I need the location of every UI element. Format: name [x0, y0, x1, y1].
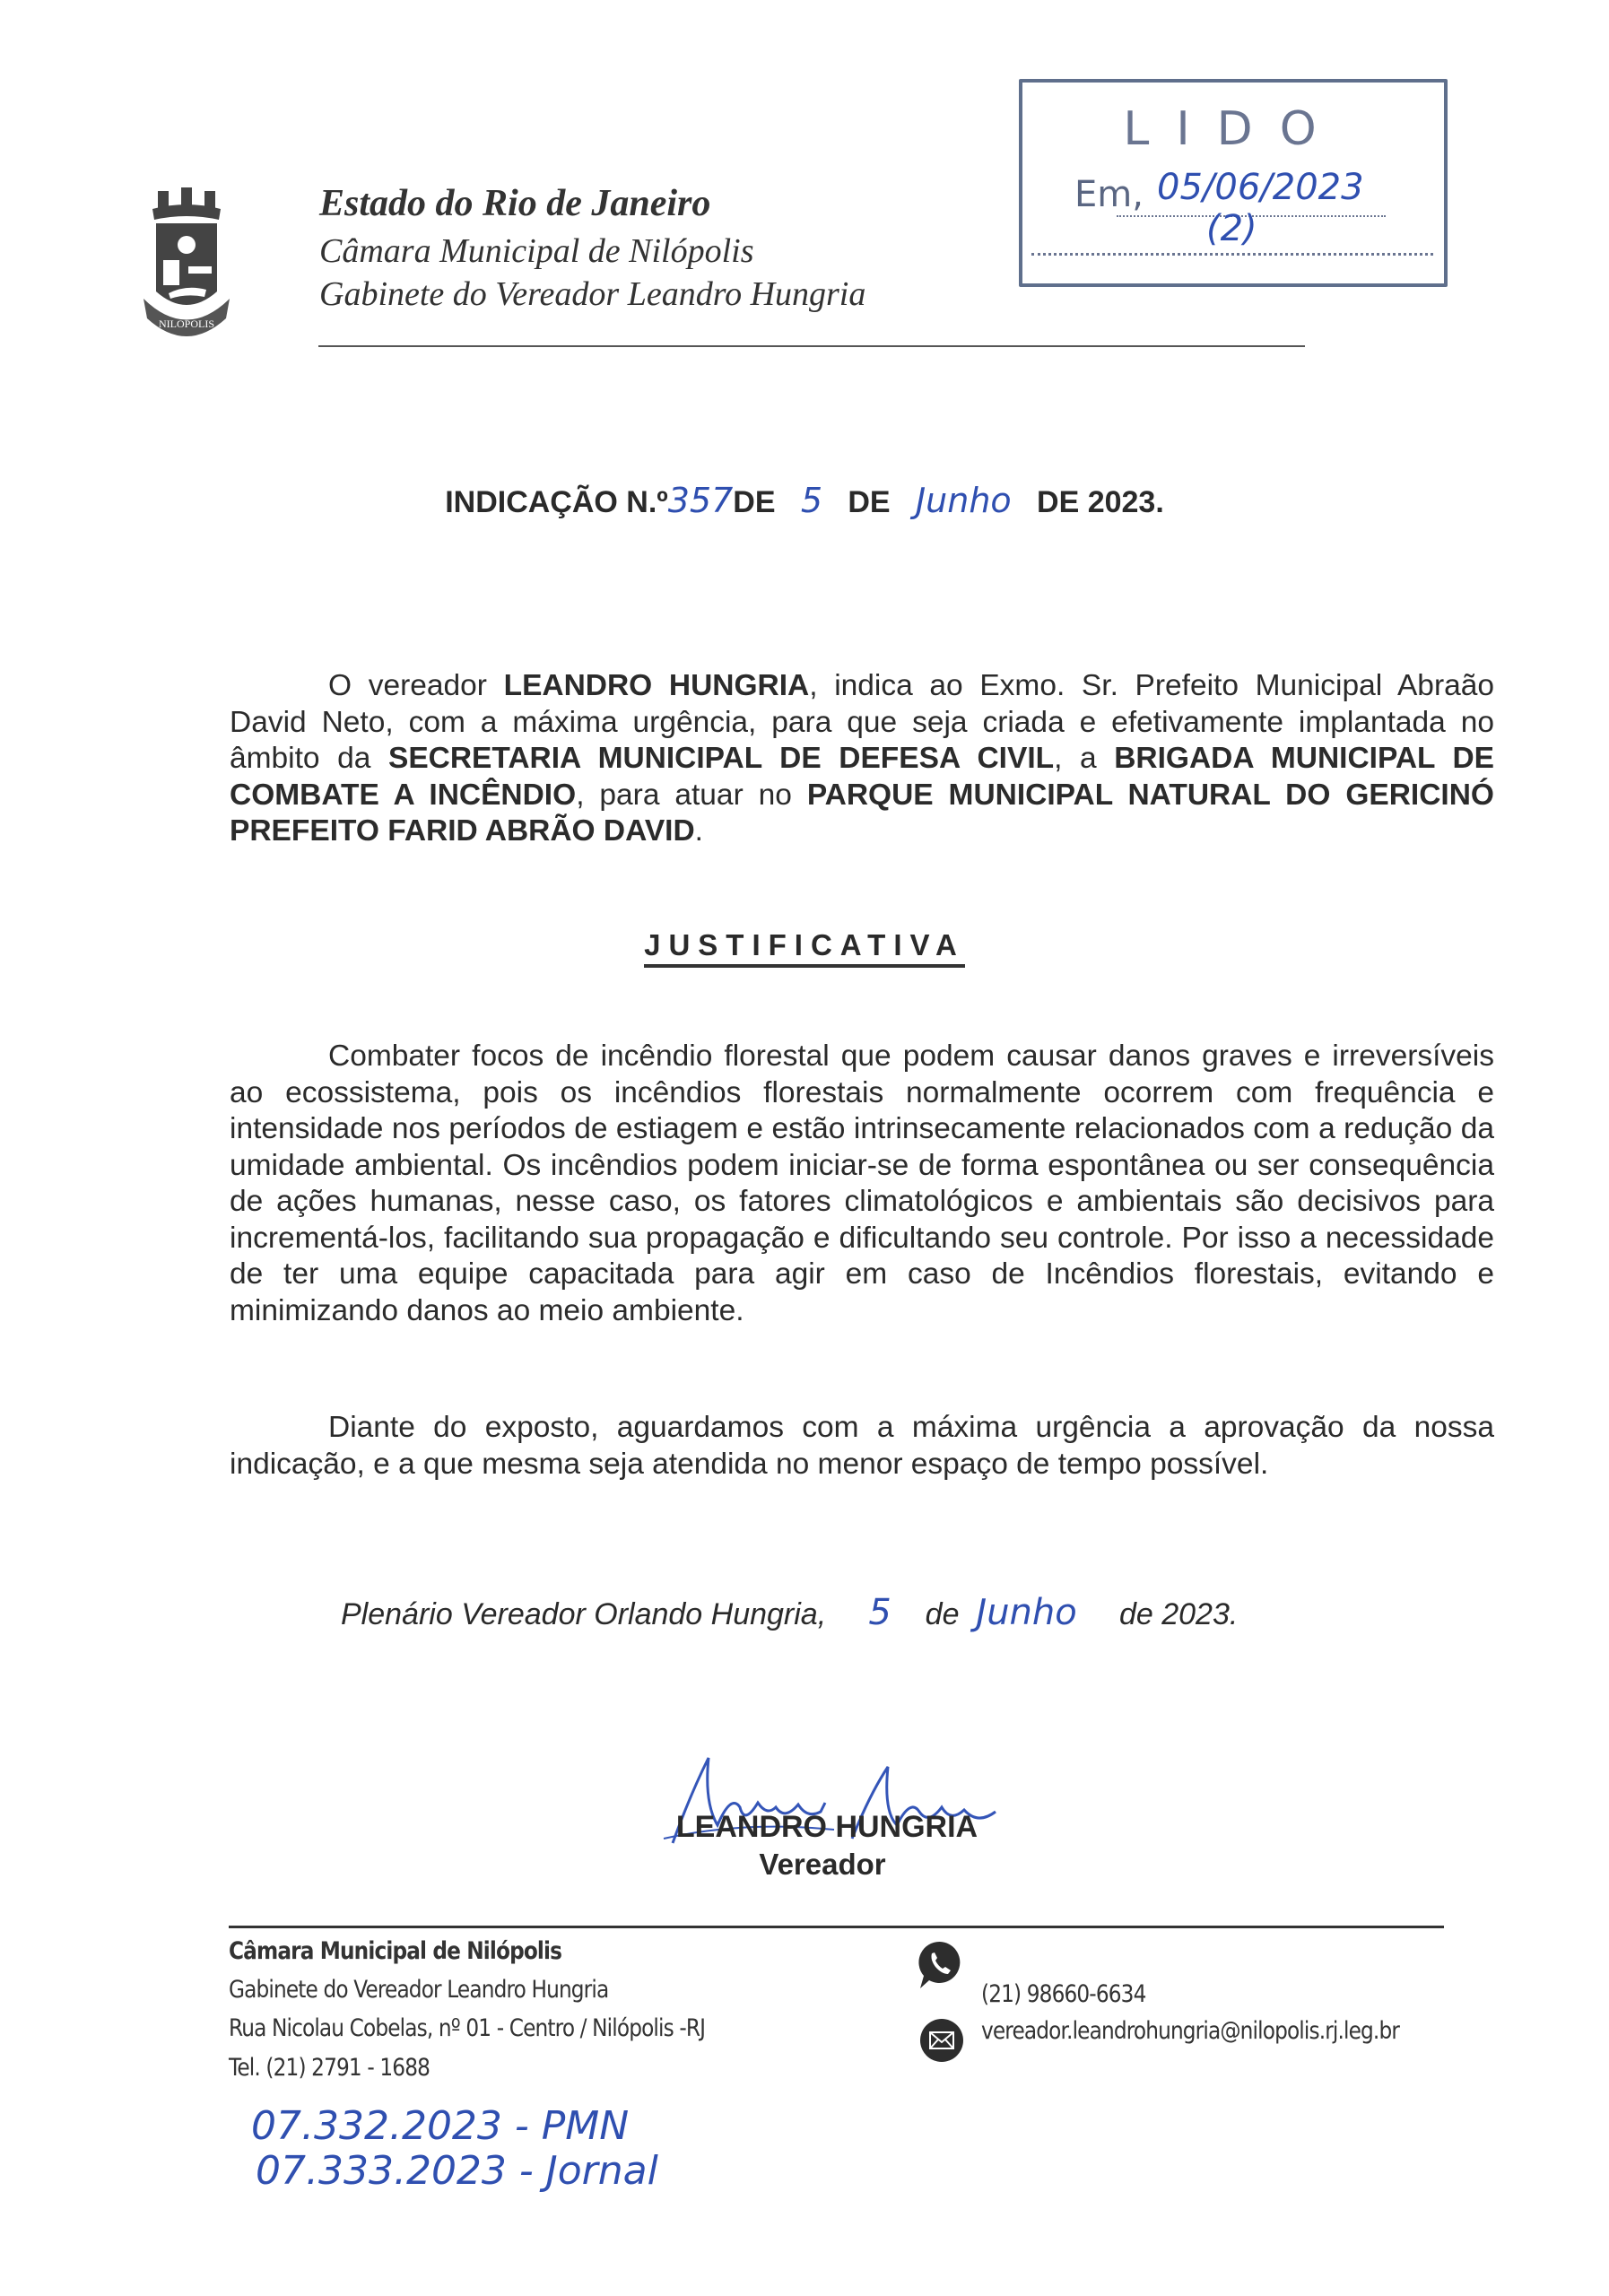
whatsapp-icon: [917, 1940, 963, 1990]
stamp-handwritten-date: 05/06/2023: [1157, 167, 1364, 208]
stamp-dotted-line: [1031, 253, 1433, 256]
header-chamber: Câmara Municipal de Nilópolis: [319, 231, 754, 271]
closing-month: Junho: [976, 1592, 1076, 1633]
stamp-label: LIDO: [1022, 102, 1444, 156]
closing-line: Plenário Vereador Orlando Hungria, 5 de …: [341, 1592, 1238, 1633]
header-divider: [318, 345, 1305, 347]
title-prefix: INDICAÇÃO N.º: [445, 485, 668, 519]
justification-heading: JUSTIFICATIVA: [644, 928, 965, 968]
footer-whatsapp-phone: (21) 98660-6634: [981, 1980, 1145, 2008]
title-number: 357: [668, 481, 734, 520]
footer-divider: [229, 1926, 1444, 1928]
coat-of-arms-logo: NILOPOLIS: [142, 184, 231, 345]
stamp-date-prefix: Em,: [1074, 174, 1144, 215]
envelope-icon: [919, 2018, 964, 2063]
closing-place: Plenário Vereador Orlando Hungria,: [341, 1597, 826, 1631]
title-de1: DE: [733, 485, 775, 519]
handwritten-note: 07.332.2023 - PMN: [251, 2103, 629, 2149]
footer-address: Rua Nicolau Cobelas, nº 01 - Centro / Ni…: [229, 2014, 705, 2042]
conclusion-text: Diante do exposto, aguardamos com a máxi…: [230, 1411, 1494, 1481]
emphasized-text: LEANDRO HUNGRIA: [504, 669, 810, 702]
closing-day: 5: [868, 1592, 891, 1633]
footer-office: Gabinete do Vereador Leandro Hungria: [229, 1976, 608, 2004]
conclusion-paragraph: Diante do exposto, aguardamos com a máxi…: [230, 1410, 1494, 1483]
title-suffix: DE 2023.: [1037, 485, 1164, 519]
handwritten-note: 07.333.2023 - Jornal: [256, 2148, 658, 2194]
justification-heading-wrap: JUSTIFICATIVA: [0, 928, 1609, 962]
document-title: INDICAÇÃO N.º357DE 5 DE Junho DE 2023.: [0, 481, 1609, 520]
paragraph-text: .: [695, 814, 703, 848]
emphasized-text: SECRETARIA MUNICIPAL DE DEFESA CIVIL: [388, 742, 1054, 775]
signatory-name: LEANDRO HUNGRIA: [0, 1810, 1609, 1845]
paragraph-text: O vereador: [328, 669, 504, 702]
signatory-role: Vereador: [0, 1848, 1609, 1882]
indication-paragraph: O vereador LEANDRO HUNGRIA, indica ao Ex…: [230, 668, 1494, 850]
paragraph-text: , para atuar no: [576, 778, 807, 812]
title-de2: DE: [848, 485, 890, 519]
header-office: Gabinete do Vereador Leandro Hungria: [319, 274, 865, 314]
title-day: 5: [801, 481, 822, 520]
footer-chamber: Câmara Municipal de Nilópolis: [229, 1937, 561, 1965]
footer-email: vereador.leandrohungria@nilopolis.rj.leg…: [981, 2017, 1399, 2045]
closing-de: de: [926, 1597, 960, 1631]
footer-telephone: Tel. (21) 2791 - 1688: [229, 2054, 430, 2082]
svg-text:NILOPOLIS: NILOPOLIS: [159, 317, 214, 330]
lido-stamp: LIDO Em, 05/06/2023 (2): [1019, 79, 1448, 287]
justification-paragraph: Combater focos de incêndio florestal que…: [230, 1039, 1494, 1329]
header-state: Estado do Rio de Janeiro: [319, 182, 710, 225]
title-month: Junho: [916, 481, 1012, 520]
justification-text: Combater focos de incêndio florestal que…: [230, 1039, 1494, 1327]
paragraph-text: , a: [1054, 742, 1114, 775]
stamp-handwritten-mark: (2): [1206, 208, 1257, 249]
closing-year: de 2023.: [1119, 1597, 1238, 1631]
